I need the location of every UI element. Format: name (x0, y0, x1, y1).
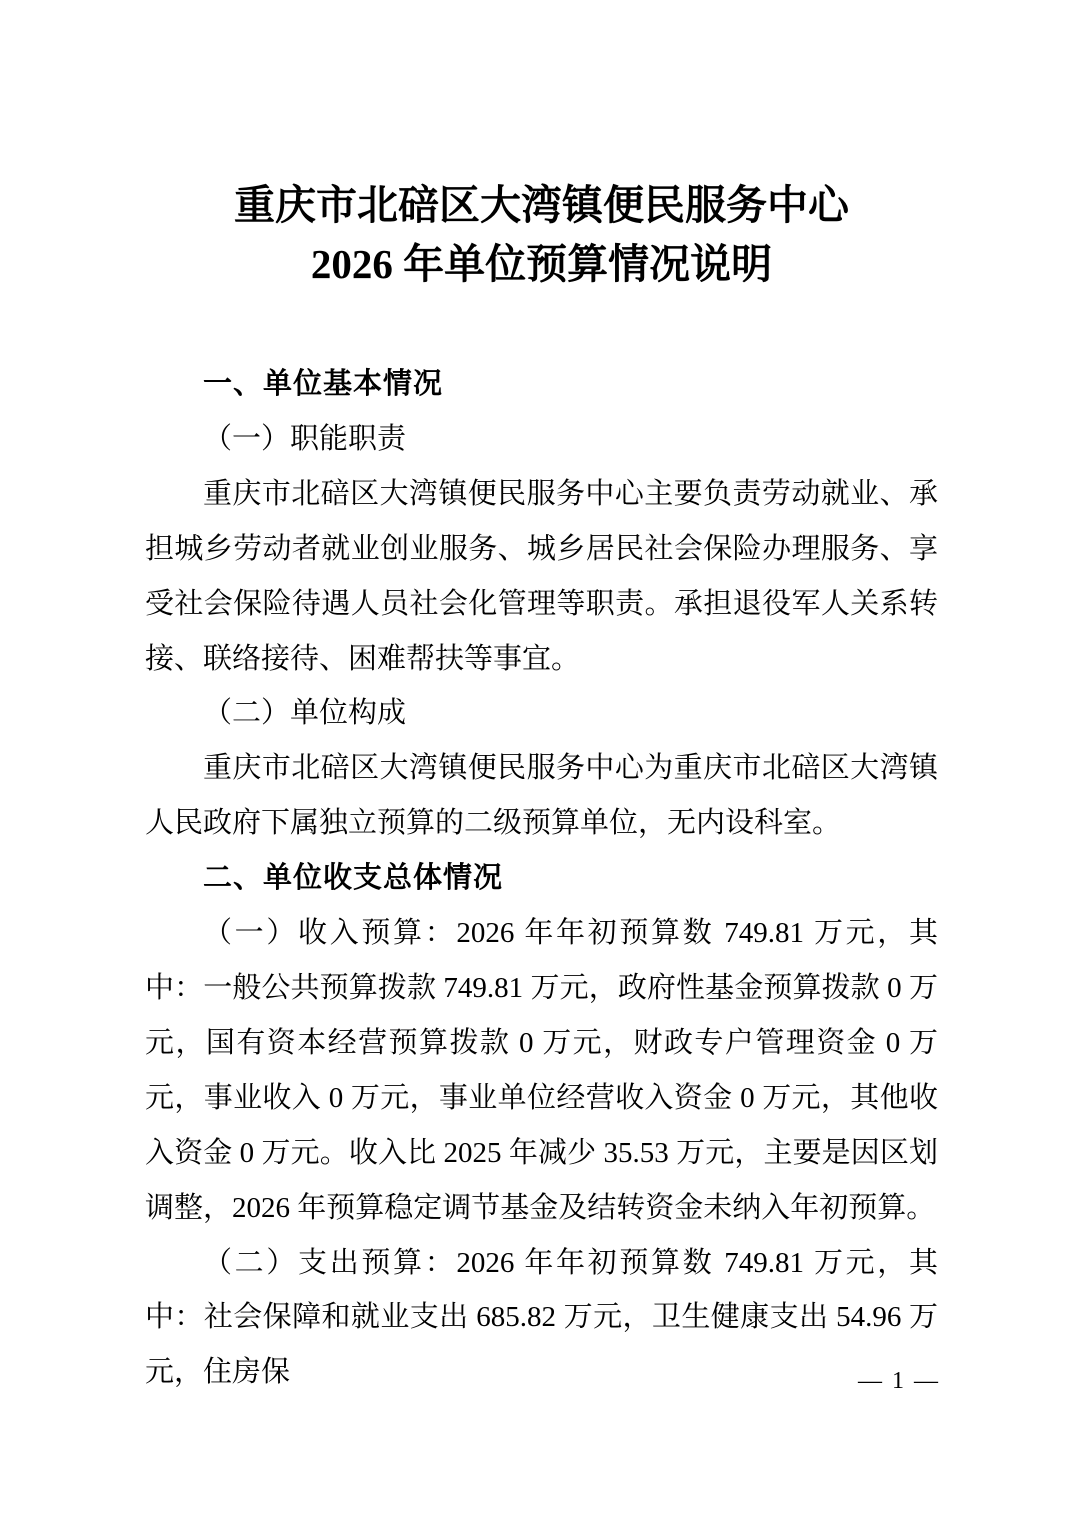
page-number: — 1 — (858, 1366, 940, 1396)
paragraph-duties: 重庆市北碚区大湾镇便民服务中心主要负责劳动就业、承担城乡劳动者就业创业服务、城乡… (145, 467, 938, 687)
paragraph-expenditure-budget: （二）支出预算：2026 年年初预算数 749.81 万元，其中：社会保障和就业… (145, 1236, 938, 1401)
document-title-line-2: 2026 年单位预算情况说明 (145, 235, 938, 294)
subsection-heading-1-1: （一）职能职责 (145, 412, 938, 467)
document-title-line-1: 重庆市北碚区大湾镇便民服务中心 (145, 176, 938, 235)
subsection-heading-1-2: （二）单位构成 (145, 686, 938, 741)
document-body: 重庆市北碚区大湾镇便民服务中心 2026 年单位预算情况说明 一、单位基本情况 … (0, 0, 1074, 1400)
section-heading-1: 一、单位基本情况 (145, 357, 938, 412)
paragraph-unit-composition: 重庆市北碚区大湾镇便民服务中心为重庆市北碚区大湾镇人民政府下属独立预算的二级预算… (145, 741, 938, 851)
document-page: 重庆市北碚区大湾镇便民服务中心 2026 年单位预算情况说明 一、单位基本情况 … (0, 0, 1074, 1520)
paragraph-income-budget: （一）收入预算：2026 年年初预算数 749.81 万元，其中：一般公共预算拨… (145, 906, 938, 1235)
section-heading-2: 二、单位收支总体情况 (145, 851, 938, 906)
document-title: 重庆市北碚区大湾镇便民服务中心 2026 年单位预算情况说明 (145, 176, 938, 294)
